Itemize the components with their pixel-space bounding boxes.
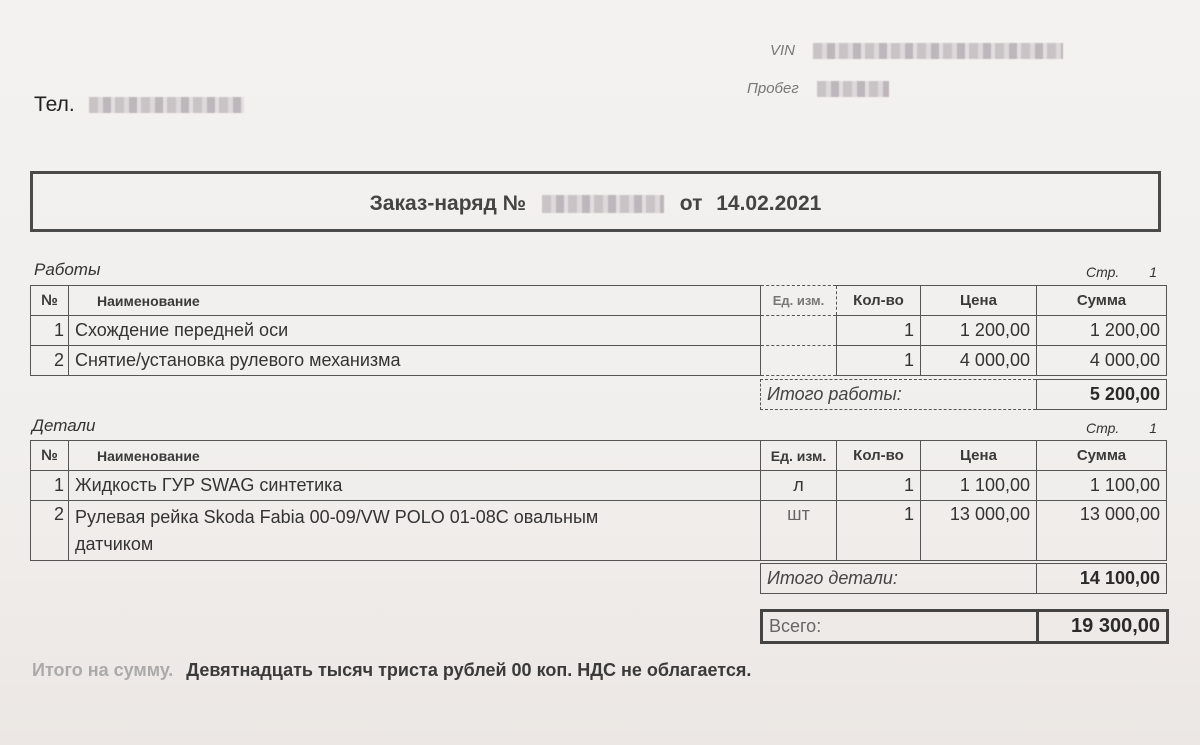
row-name: Схождение передней оси [69, 316, 761, 346]
order-title: Заказ-наряд № от 14.02.2021 [33, 192, 1158, 216]
table-row: 2 Снятие/установка рулевого механизма 1 … [31, 346, 1167, 376]
parts-total-value: 14 100,00 [1037, 564, 1167, 594]
col-unit: Ед. изм. [761, 286, 837, 316]
works-total-value: 5 200,00 [1037, 380, 1167, 410]
parts-page-label: Стр.1 [1086, 420, 1157, 436]
row-number: 1 [31, 471, 69, 501]
mileage-label: Пробег [747, 80, 799, 97]
phone-value-redacted [89, 97, 244, 113]
col-name: Наименование [69, 441, 761, 471]
page-label-text: Стр. [1086, 264, 1119, 280]
row-number: 1 [31, 316, 69, 346]
row-unit [761, 316, 837, 346]
row-unit: л [761, 471, 837, 501]
row-name: Жидкость ГУР SWAG синтетика [69, 471, 761, 501]
page-label-text: Стр. [1086, 420, 1119, 436]
order-number-redacted [542, 195, 664, 213]
row-sum: 4 000,00 [1037, 346, 1167, 376]
col-qty: Кол-во [837, 286, 921, 316]
phone-line: Тел. [34, 93, 244, 117]
grand-total: Всего: 19 300,00 [760, 609, 1169, 644]
row-price: 1 100,00 [921, 471, 1037, 501]
vin-value-redacted [813, 43, 1063, 59]
works-table: № Наименование Ед. изм. Кол-во Цена Сумм… [30, 285, 1167, 376]
row-number: 2 [31, 501, 69, 561]
row-price: 4 000,00 [921, 346, 1037, 376]
grand-total-value: 19 300,00 [1038, 611, 1168, 643]
row-unit: шт [761, 501, 837, 561]
parts-total-label: Итого детали: [761, 564, 1037, 594]
works-header-row: № Наименование Ед. изм. Кол-во Цена Сумм… [31, 286, 1167, 316]
col-unit: Ед. изм. [761, 441, 837, 471]
parts-section-label: Детали [32, 416, 96, 436]
col-sum: Сумма [1037, 286, 1167, 316]
page-number: 1 [1149, 264, 1157, 280]
col-number: № [31, 441, 69, 471]
table-row: 2 Рулевая рейка Skoda Fabia 00-09/VW POL… [31, 501, 1167, 561]
amount-in-words-text: Девятнадцать тысяч триста рублей 00 коп.… [186, 660, 751, 680]
col-number: № [31, 286, 69, 316]
col-qty: Кол-во [837, 441, 921, 471]
parts-table: № Наименование Ед. изм. Кол-во Цена Сумм… [30, 440, 1167, 561]
row-name: Рулевая рейка Skoda Fabia 00-09/VW POLO … [69, 501, 761, 561]
table-row: 1 Жидкость ГУР SWAG синтетика л 1 1 100,… [31, 471, 1167, 501]
order-date: 14.02.2021 [716, 192, 821, 215]
row-number: 2 [31, 346, 69, 376]
row-price: 1 200,00 [921, 316, 1037, 346]
parts-total: Итого детали: 14 100,00 [760, 563, 1167, 594]
parts-header-row: № Наименование Ед. изм. Кол-во Цена Сумм… [31, 441, 1167, 471]
order-title-prefix: Заказ-наряд № [370, 192, 526, 215]
order-title-box: Заказ-наряд № от 14.02.2021 [30, 171, 1161, 232]
amount-in-words: Итого на сумму. Девятнадцать тысяч трист… [32, 660, 751, 681]
row-unit [761, 346, 837, 376]
row-qty: 1 [837, 346, 921, 376]
row-name: Снятие/установка рулевого механизма [69, 346, 761, 376]
row-sum: 1 200,00 [1037, 316, 1167, 346]
mileage-value-redacted [817, 81, 889, 97]
phone-label: Тел. [34, 93, 75, 116]
col-price: Цена [921, 286, 1037, 316]
vin-label: VIN [770, 42, 795, 59]
row-qty: 1 [837, 501, 921, 561]
row-qty: 1 [837, 316, 921, 346]
table-row: 1 Схождение передней оси 1 1 200,00 1 20… [31, 316, 1167, 346]
col-sum: Сумма [1037, 441, 1167, 471]
grand-total-label: Всего: [762, 611, 1038, 643]
row-price: 13 000,00 [921, 501, 1037, 561]
page-number: 1 [1149, 420, 1157, 436]
amount-in-words-prefix: Итого на сумму. [32, 660, 173, 680]
works-page-label: Стр.1 [1086, 264, 1157, 280]
vin-line: VIN [770, 42, 1063, 59]
col-price: Цена [921, 441, 1037, 471]
col-name: Наименование [69, 286, 761, 316]
order-date-prefix: от [680, 192, 703, 215]
mileage-line: Пробег [747, 80, 889, 97]
row-sum: 1 100,00 [1037, 471, 1167, 501]
works-section-label: Работы [34, 260, 100, 280]
works-total: Итого работы: 5 200,00 [760, 379, 1167, 410]
row-qty: 1 [837, 471, 921, 501]
works-total-label: Итого работы: [761, 380, 1037, 410]
row-sum: 13 000,00 [1037, 501, 1167, 561]
